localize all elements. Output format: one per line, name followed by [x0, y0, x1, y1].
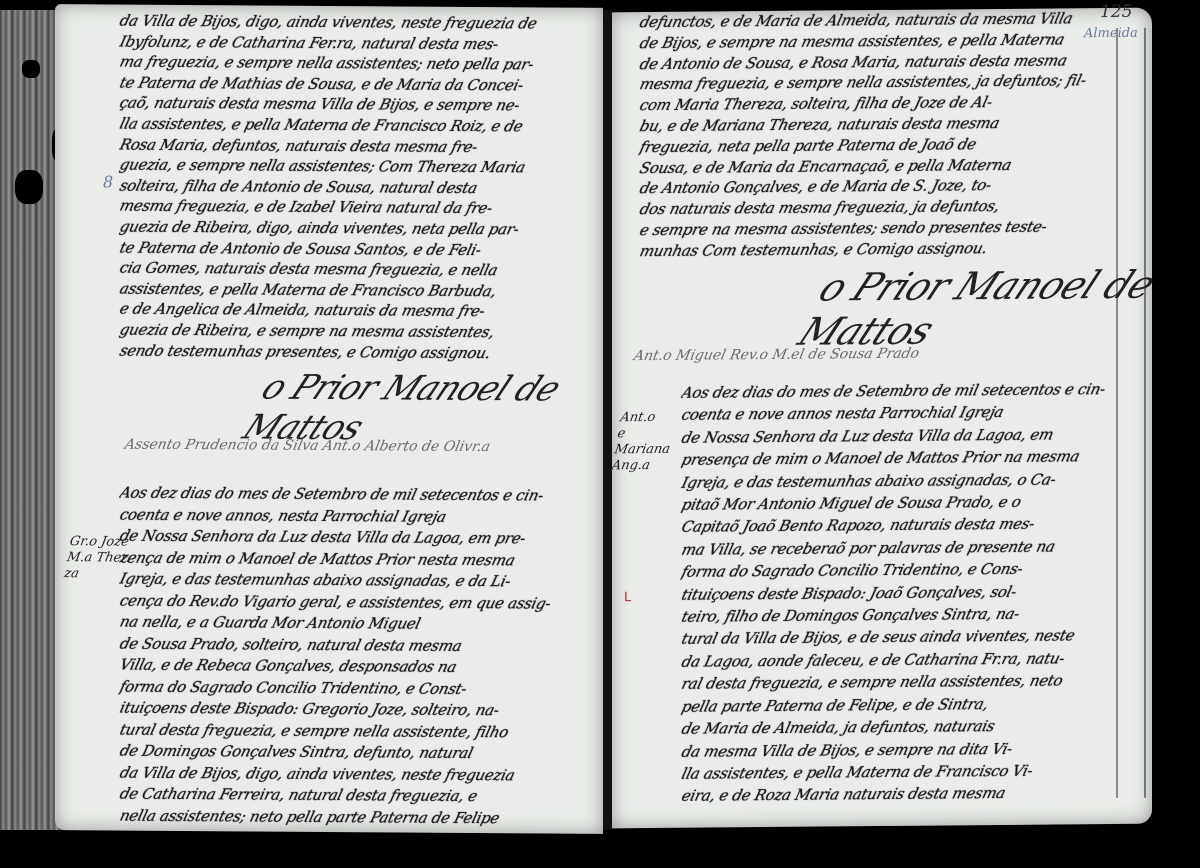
text-line: Villa, e de Rebeca Gonçalves, desponsado…: [117, 655, 577, 680]
margin-note-line: e: [616, 426, 674, 443]
right-page: 125 Almeida ᒪ defunctos, e de Maria de A…: [612, 8, 1152, 829]
pencil-margin-mark: 8: [103, 172, 113, 191]
text-line: guezia de Ribeira, digo, ainda viventes,…: [117, 216, 577, 240]
text-line: cia Gomes, naturais desta mesma freguezi…: [117, 258, 577, 282]
text-line: Igreja, e das testemunhas abaixo assigna…: [117, 569, 577, 594]
text-line: guezia, e sempre nella assistentes; Com …: [117, 155, 577, 179]
entry-heading: Ant.o Miguel Rev.o M.el de Sousa Prado: [632, 346, 920, 365]
ink-blot: [15, 170, 43, 204]
text-line: tural desta freguezia, e sempre nella as…: [117, 719, 577, 744]
text-line: cença do Rev.do Vigario geral, e assiste…: [117, 590, 577, 615]
book-spine-edge: [0, 10, 62, 830]
left-text-block-1: da Villa de Bijos, digo, ainda viventes,…: [120, 11, 575, 364]
right-text-block-2: Aos dez dias do mes de Setembro de mil s…: [682, 378, 1122, 808]
text-line: munhas Com testemunhas, e Comigo assigno…: [637, 237, 1117, 262]
margin-note-names: Ant.o e Mariana Ang.a: [610, 410, 677, 475]
margin-note-line: Ant.o: [619, 410, 677, 427]
text-line: presença de mim o Manoel de Mattos Prior…: [679, 445, 1125, 471]
margin-note-line: Mariana: [613, 442, 671, 459]
margin-note-line: Ang.a: [610, 458, 668, 475]
text-line: coenta e nove annos, nesta Parrochial Ig…: [117, 504, 577, 529]
prior-signature: o Prior Manoel de Mattos: [791, 262, 1172, 353]
text-line: ma freguezia, e sempre nella assistentes…: [117, 52, 577, 76]
text-line: da Villa de Bijos, digo, ainda viventes,…: [117, 11, 577, 35]
book-gutter: [603, 10, 612, 830]
text-line: de Catharina Ferreira, natural desta fre…: [117, 784, 577, 809]
text-line: de Nossa Senhora da Luz desta Villa da L…: [117, 526, 577, 551]
text-line: sendo testemunhas presentes, e Comigo as…: [117, 340, 577, 364]
text-line: guezia de Ribeira, e sempre na mesma ass…: [117, 319, 577, 343]
text-line: zença de mim o Manoel de Mattos Prior ne…: [117, 547, 577, 572]
text-line: de Domingos Gonçalves Sintra, defunto, n…: [117, 741, 577, 766]
text-line: lla assistentes, e pella Materna de Fran…: [117, 114, 577, 138]
text-line: da Villa de Bijos, digo, ainda viventes,…: [117, 762, 577, 787]
text-line: ituiçoens deste Bispado: Gregorio Joze, …: [117, 698, 577, 723]
text-line: de Sousa Prado, solteiro, natural desta …: [117, 633, 577, 658]
text-line: nella assistentes; neto pella parte Pate…: [117, 805, 577, 830]
left-page: 8 da Villa de Bijos, digo, ainda vivente…: [55, 4, 603, 834]
text-line: na nella, e a Guarda Mor Antonio Miguel: [117, 612, 577, 637]
right-text-block-1: defunctos, e de Maria de Almeida, natura…: [640, 8, 1115, 262]
text-line: forma do Sagrado Concilio Tridentino, e …: [117, 676, 577, 701]
ink-blot: [22, 60, 40, 78]
red-ink-mark: ᒪ: [624, 590, 631, 605]
entry-heading: Assento Prudencio da Silva Ant.o Alberto…: [123, 437, 491, 456]
left-text-block-2: Aos dez dias do mes de Setembro de mil s…: [120, 483, 575, 830]
text-line: de Maria de Almeida, ja defuntos, natura…: [679, 714, 1125, 740]
text-line: eira, e de Roza Maria naturais desta mes…: [679, 781, 1125, 807]
text-line: Aos dez dias do mes de Setembro de mil s…: [117, 483, 577, 508]
